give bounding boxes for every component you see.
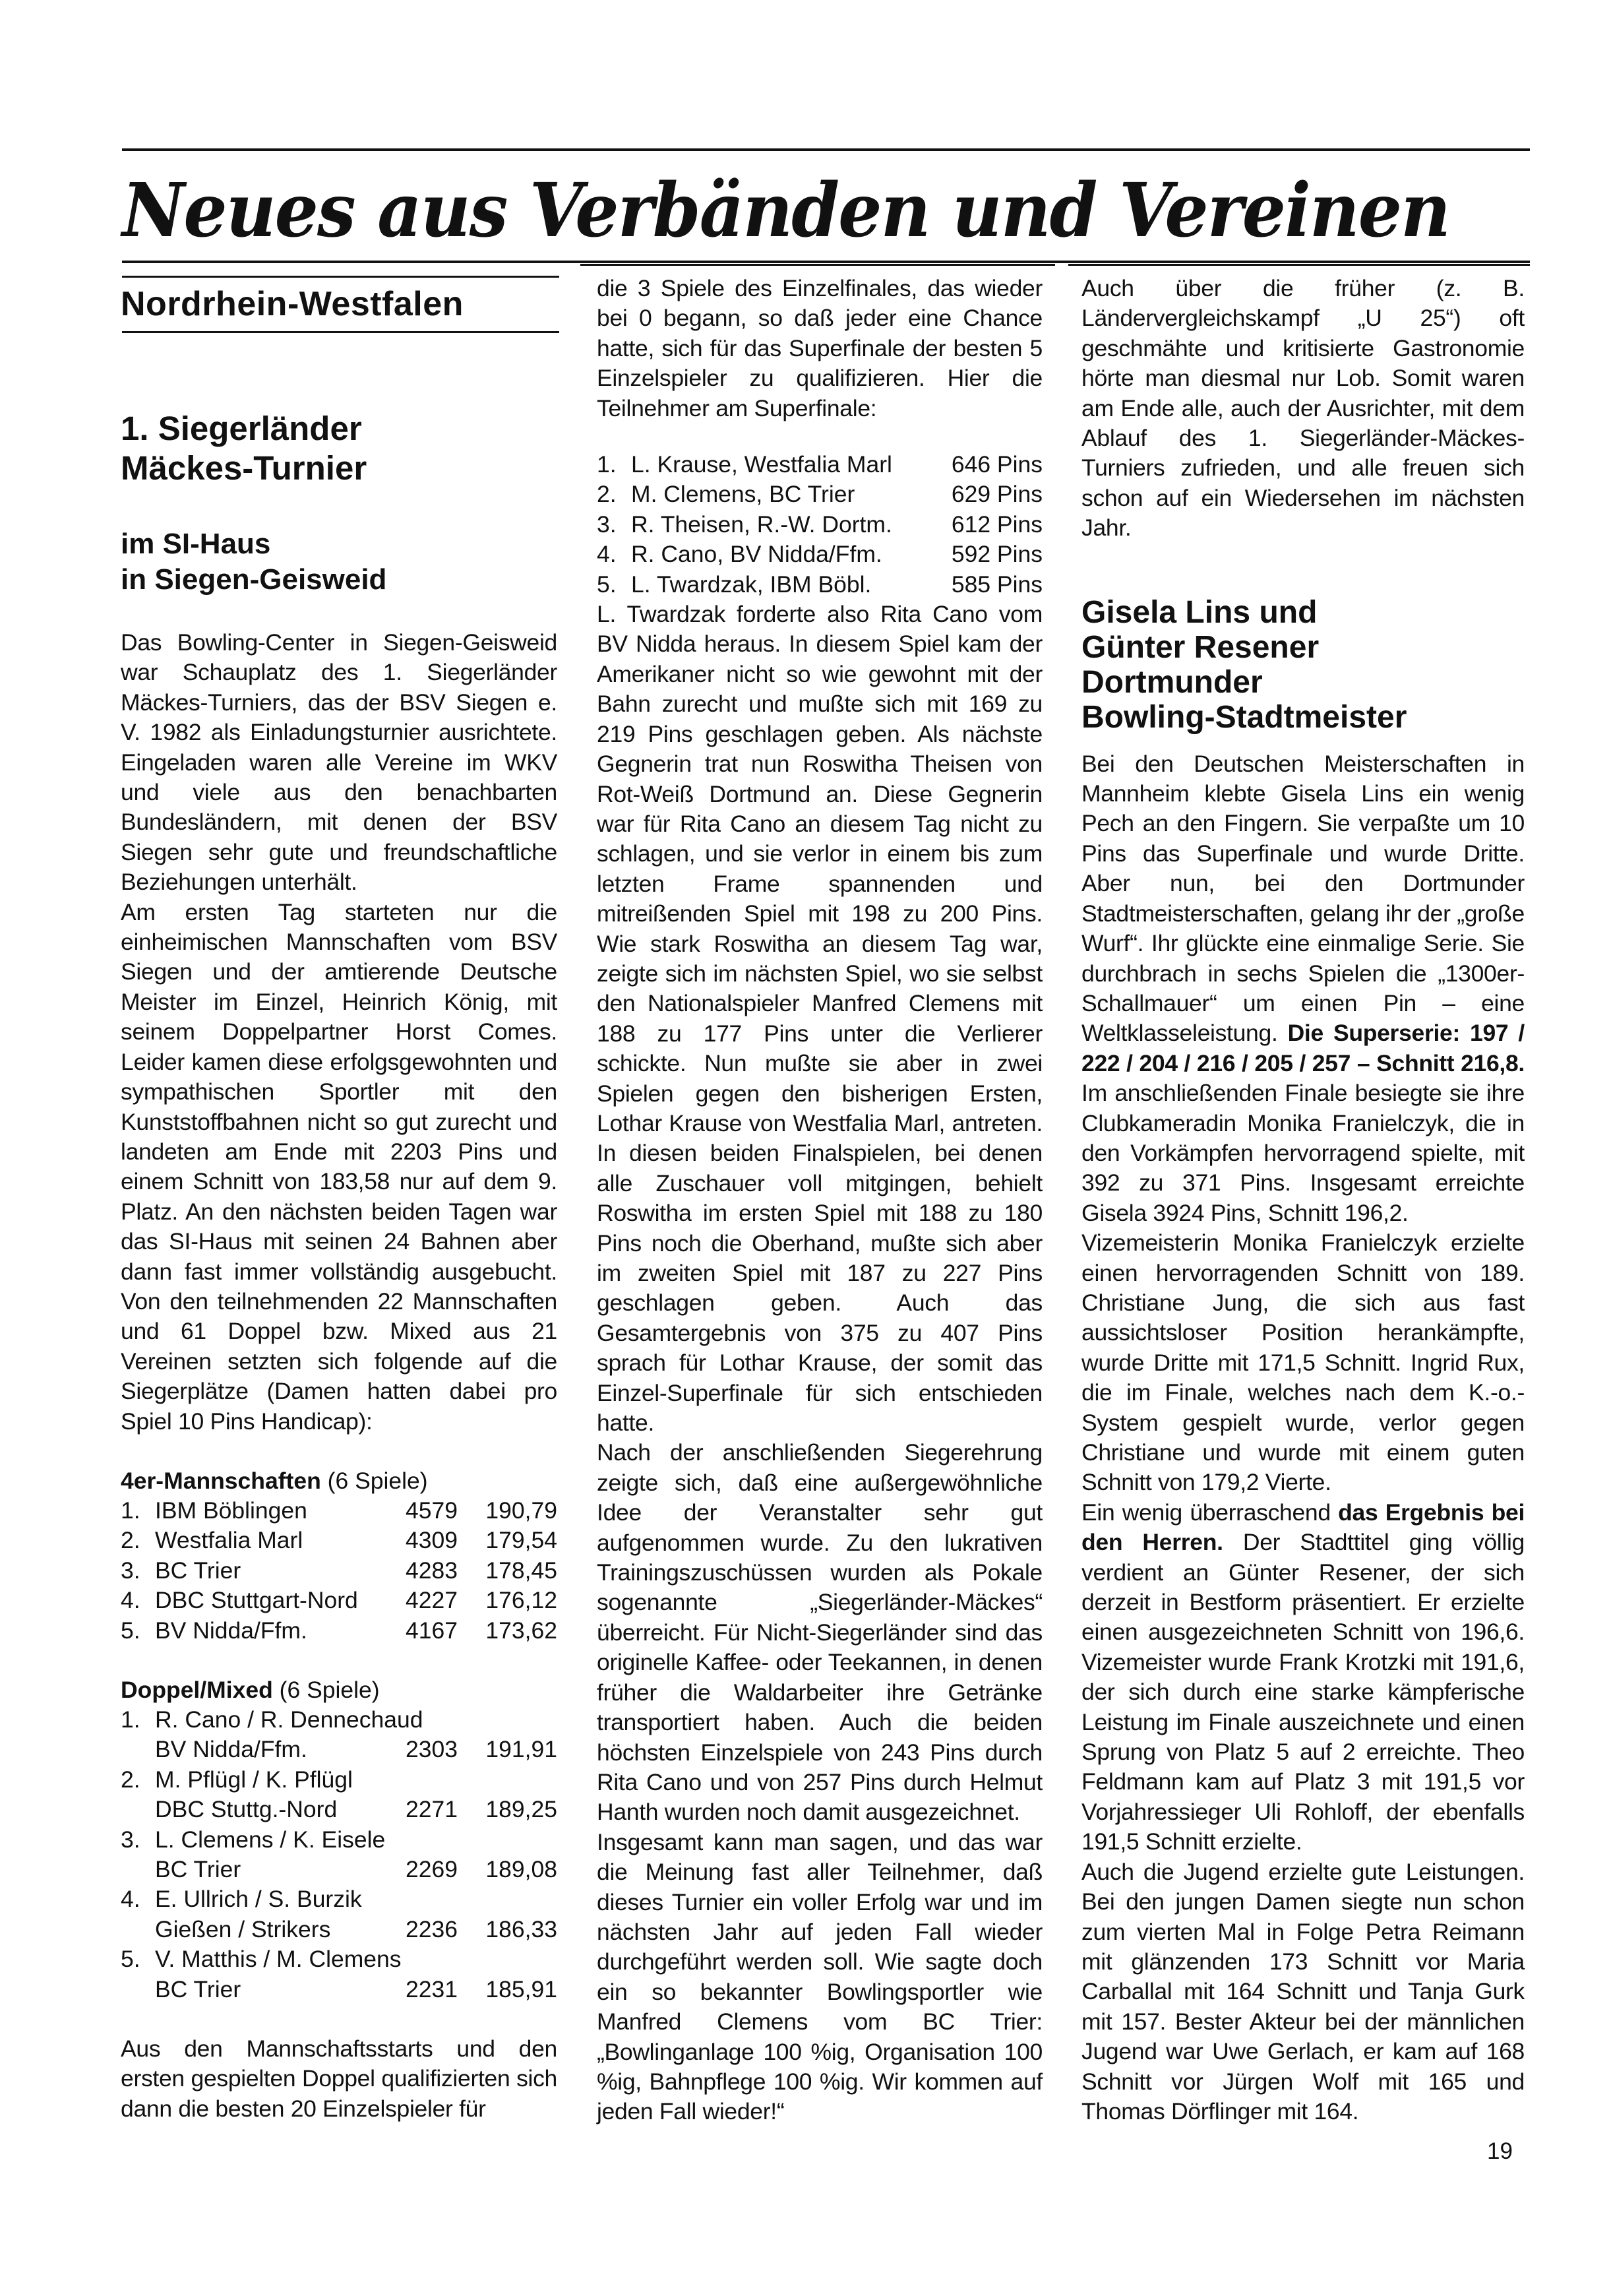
article-title-line-1: Gisela Lins und [1081, 595, 1525, 630]
pins: 2269 [406, 1855, 478, 1884]
table-row: 4.DBC Stuttgart-Nord4227176,12 [121, 1586, 557, 1615]
pins: 2236 [406, 1915, 478, 1944]
rank: 3. [597, 510, 631, 540]
pins: 4579 [406, 1496, 478, 1526]
paragraph-text: Im anschließenden Finale besiegte sie ih… [1081, 1080, 1525, 1226]
player: L. Twardzak, IBM Böbl. [631, 570, 944, 600]
teams-table-heading-bold: 4er-Mannschaften [121, 1468, 321, 1494]
column-top-rule [1068, 264, 1530, 266]
doubles-table-heading: Doppel/Mixed (6 Spiele) [121, 1675, 557, 1705]
teams-table-heading: 4er-Mannschaften (6 Spiele) [121, 1466, 557, 1496]
table-row: 4.R. Cano, BV Nidda/Ffm.592 Pins [597, 540, 1043, 569]
article-subtitle: im SI-Haus in Siegen-Geisweid [121, 526, 557, 598]
article-title: Gisela Lins und Günter Resener Dortmunde… [1081, 595, 1525, 735]
average: 173,62 [478, 1616, 557, 1646]
article-subtitle-line-2: in Siegen-Geisweid [121, 562, 557, 598]
rank: 3. [121, 1825, 155, 1855]
players: V. Matthis / M. Clemens [155, 1944, 557, 1974]
player: L. Krause, Westfalia Marl [631, 450, 944, 480]
club: BC Trier [155, 1855, 406, 1884]
average: 189,25 [478, 1795, 557, 1824]
club: Gießen / Strikers [155, 1915, 406, 1944]
pins: 4227 [406, 1586, 478, 1615]
paragraph: Nach der anschließenden Siegerehrung zei… [597, 1438, 1043, 1827]
rank: 4. [121, 1884, 155, 1914]
team-name: BC Trier [155, 1556, 406, 1586]
average: 186,33 [478, 1915, 557, 1944]
rank: 5. [121, 1616, 155, 1646]
paragraph: die 3 Spiele des Einzelfinales, das wied… [597, 274, 1043, 423]
table-row: 3.R. Theisen, R.-W. Dortm.612 Pins [597, 510, 1043, 540]
pins: 612 Pins [944, 510, 1043, 540]
rank: 2. [597, 480, 631, 509]
masthead-title: Neues aus Verbänden und Vereinen [122, 168, 1434, 254]
player: R. Cano, BV Nidda/Ffm. [631, 540, 944, 569]
paragraph: Am ersten Tag starteten nur die einheimi… [121, 898, 557, 1437]
pins: 646 Pins [944, 450, 1043, 480]
paragraph: Ein wenig überraschend das Ergebnis bei … [1081, 1498, 1525, 1857]
average: 191,91 [478, 1735, 557, 1764]
pins: 4283 [406, 1556, 478, 1586]
paragraph: Insgesamt kann man sagen, und das war di… [597, 1828, 1043, 2127]
pins: 629 Pins [944, 480, 1043, 509]
paragraph: Aus den Mannschaftsstarts und den ersten… [121, 2034, 557, 2124]
team-name: IBM Böblingen [155, 1496, 406, 1526]
rank: 1. [121, 1705, 155, 1735]
average: 190,79 [478, 1496, 557, 1526]
average: 178,45 [478, 1556, 557, 1586]
table-row: 5.BV Nidda/Ffm.4167173,62 [121, 1616, 557, 1646]
column-top-rule [580, 264, 1055, 266]
page-number: 19 [1487, 2138, 1513, 2165]
article-title-line-1: 1. Siegerländer [121, 409, 557, 449]
article-subtitle-line-1: im SI-Haus [121, 526, 557, 562]
rank: 2. [121, 1765, 155, 1795]
right-column: Auch über die früher (z. B. Ländervergle… [1081, 274, 1525, 2126]
paragraph-text: Bei den Deutschen Meisterschaften in Man… [1081, 751, 1525, 1047]
region-heading: Nordrhein-Westfalen [121, 284, 557, 325]
paragraph: Vizemeisterin Monika Franielczyk erzielt… [1081, 1228, 1525, 1498]
players: L. Clemens / K. Eisele [155, 1825, 557, 1855]
table-row: 3.L. Clemens / K. Eisele BC Trier2269189… [121, 1825, 557, 1885]
players: E. Ullrich / S. Burzik [155, 1884, 557, 1914]
pins: 2303 [406, 1735, 478, 1764]
paragraph-text: Ein wenig überraschend [1081, 1499, 1338, 1526]
pins: 592 Pins [944, 540, 1043, 569]
pins: 4309 [406, 1526, 478, 1555]
rank: 1. [121, 1496, 155, 1526]
average: 185,91 [478, 1975, 557, 2004]
paragraph: L. Twardzak forderte also Rita Cano vom … [597, 600, 1043, 1438]
average: 176,12 [478, 1586, 557, 1615]
player: R. Theisen, R.-W. Dortm. [631, 510, 944, 540]
team-name: DBC Stuttgart-Nord [155, 1586, 406, 1615]
pins: 2271 [406, 1795, 478, 1824]
player: M. Clemens, BC Trier [631, 480, 944, 509]
teams-results-table: 4er-Mannschaften (6 Spiele) 1.IBM Böblin… [121, 1466, 557, 1646]
left-column: Nordrhein-Westfalen 1. Siegerländer Mäck… [121, 270, 557, 2124]
rank: 1. [597, 450, 631, 480]
table-row: 1.IBM Böblingen4579190,79 [121, 1496, 557, 1526]
doubles-table-heading-note: (6 Spiele) [273, 1677, 380, 1703]
paragraph: Auch über die früher (z. B. Ländervergle… [1081, 274, 1525, 543]
doubles-results-table: Doppel/Mixed (6 Spiele) 1.R. Cano / R. D… [121, 1675, 557, 2004]
superfinal-table: 1.L. Krause, Westfalia Marl646 Pins 2.M.… [597, 450, 1043, 600]
players: R. Cano / R. Dennechaud [155, 1705, 557, 1735]
article-title-line-3: Dortmunder [1081, 665, 1525, 700]
club: BV Nidda/Ffm. [155, 1735, 406, 1764]
pins: 4167 [406, 1616, 478, 1646]
rank: 5. [597, 570, 631, 600]
article-title-line-2: Mäckes-Turnier [121, 449, 557, 488]
paragraph-text: Der Stadttitel ging völlig verdient an G… [1081, 1529, 1525, 1855]
paragraph: Auch die Jugend erzielte gute Leistungen… [1081, 1857, 1525, 2127]
table-row: 2.M. Pflügl / K. Pflügl DBC Stuttg.-Nord… [121, 1765, 557, 1825]
table-row: 2.M. Clemens, BC Trier629 Pins [597, 480, 1043, 509]
team-name: BV Nidda/Ffm. [155, 1616, 406, 1646]
paragraph: Das Bowling-Center in Siegen-Geisweid wa… [121, 628, 557, 898]
rank: 5. [121, 1944, 155, 1974]
middle-column: die 3 Spiele des Einzelfinales, das wied… [597, 274, 1043, 2127]
average: 179,54 [478, 1526, 557, 1555]
table-row: 2.Westfalia Marl4309179,54 [121, 1526, 557, 1555]
table-row: 5.L. Twardzak, IBM Böbl.585 Pins [597, 570, 1043, 600]
article-title-line-2: Günter Resener [1081, 630, 1525, 665]
club: DBC Stuttg.-Nord [155, 1795, 406, 1824]
table-row: 4.E. Ullrich / S. Burzik Gießen / Strike… [121, 1884, 557, 1944]
paragraph: Bei den Deutschen Meisterschaften in Man… [1081, 749, 1525, 1229]
rank: 3. [121, 1556, 155, 1586]
rank: 2. [121, 1526, 155, 1555]
average: 189,08 [478, 1855, 557, 1884]
masthead-bottom-rule [122, 261, 1530, 263]
article-title: 1. Siegerländer Mäckes-Turnier [121, 409, 557, 488]
players: M. Pflügl / K. Pflügl [155, 1765, 557, 1795]
doubles-table-heading-bold: Doppel/Mixed [121, 1677, 273, 1703]
table-row: 1.L. Krause, Westfalia Marl646 Pins [597, 450, 1043, 480]
teams-table-heading-note: (6 Spiele) [321, 1468, 428, 1494]
table-row: 3.BC Trier4283178,45 [121, 1556, 557, 1586]
table-row: 1.R. Cano / R. Dennechaud BV Nidda/Ffm.2… [121, 1705, 557, 1765]
rank: 4. [597, 540, 631, 569]
club: BC Trier [155, 1975, 406, 2004]
rank: 4. [121, 1586, 155, 1615]
table-row: 5.V. Matthis / M. Clemens BC Trier223118… [121, 1944, 557, 2004]
pins: 585 Pins [944, 570, 1043, 600]
team-name: Westfalia Marl [155, 1526, 406, 1555]
pins: 2231 [406, 1975, 478, 2004]
masthead-top-rule [122, 148, 1530, 151]
article-title-line-4: Bowling-Stadtmeister [1081, 700, 1525, 735]
